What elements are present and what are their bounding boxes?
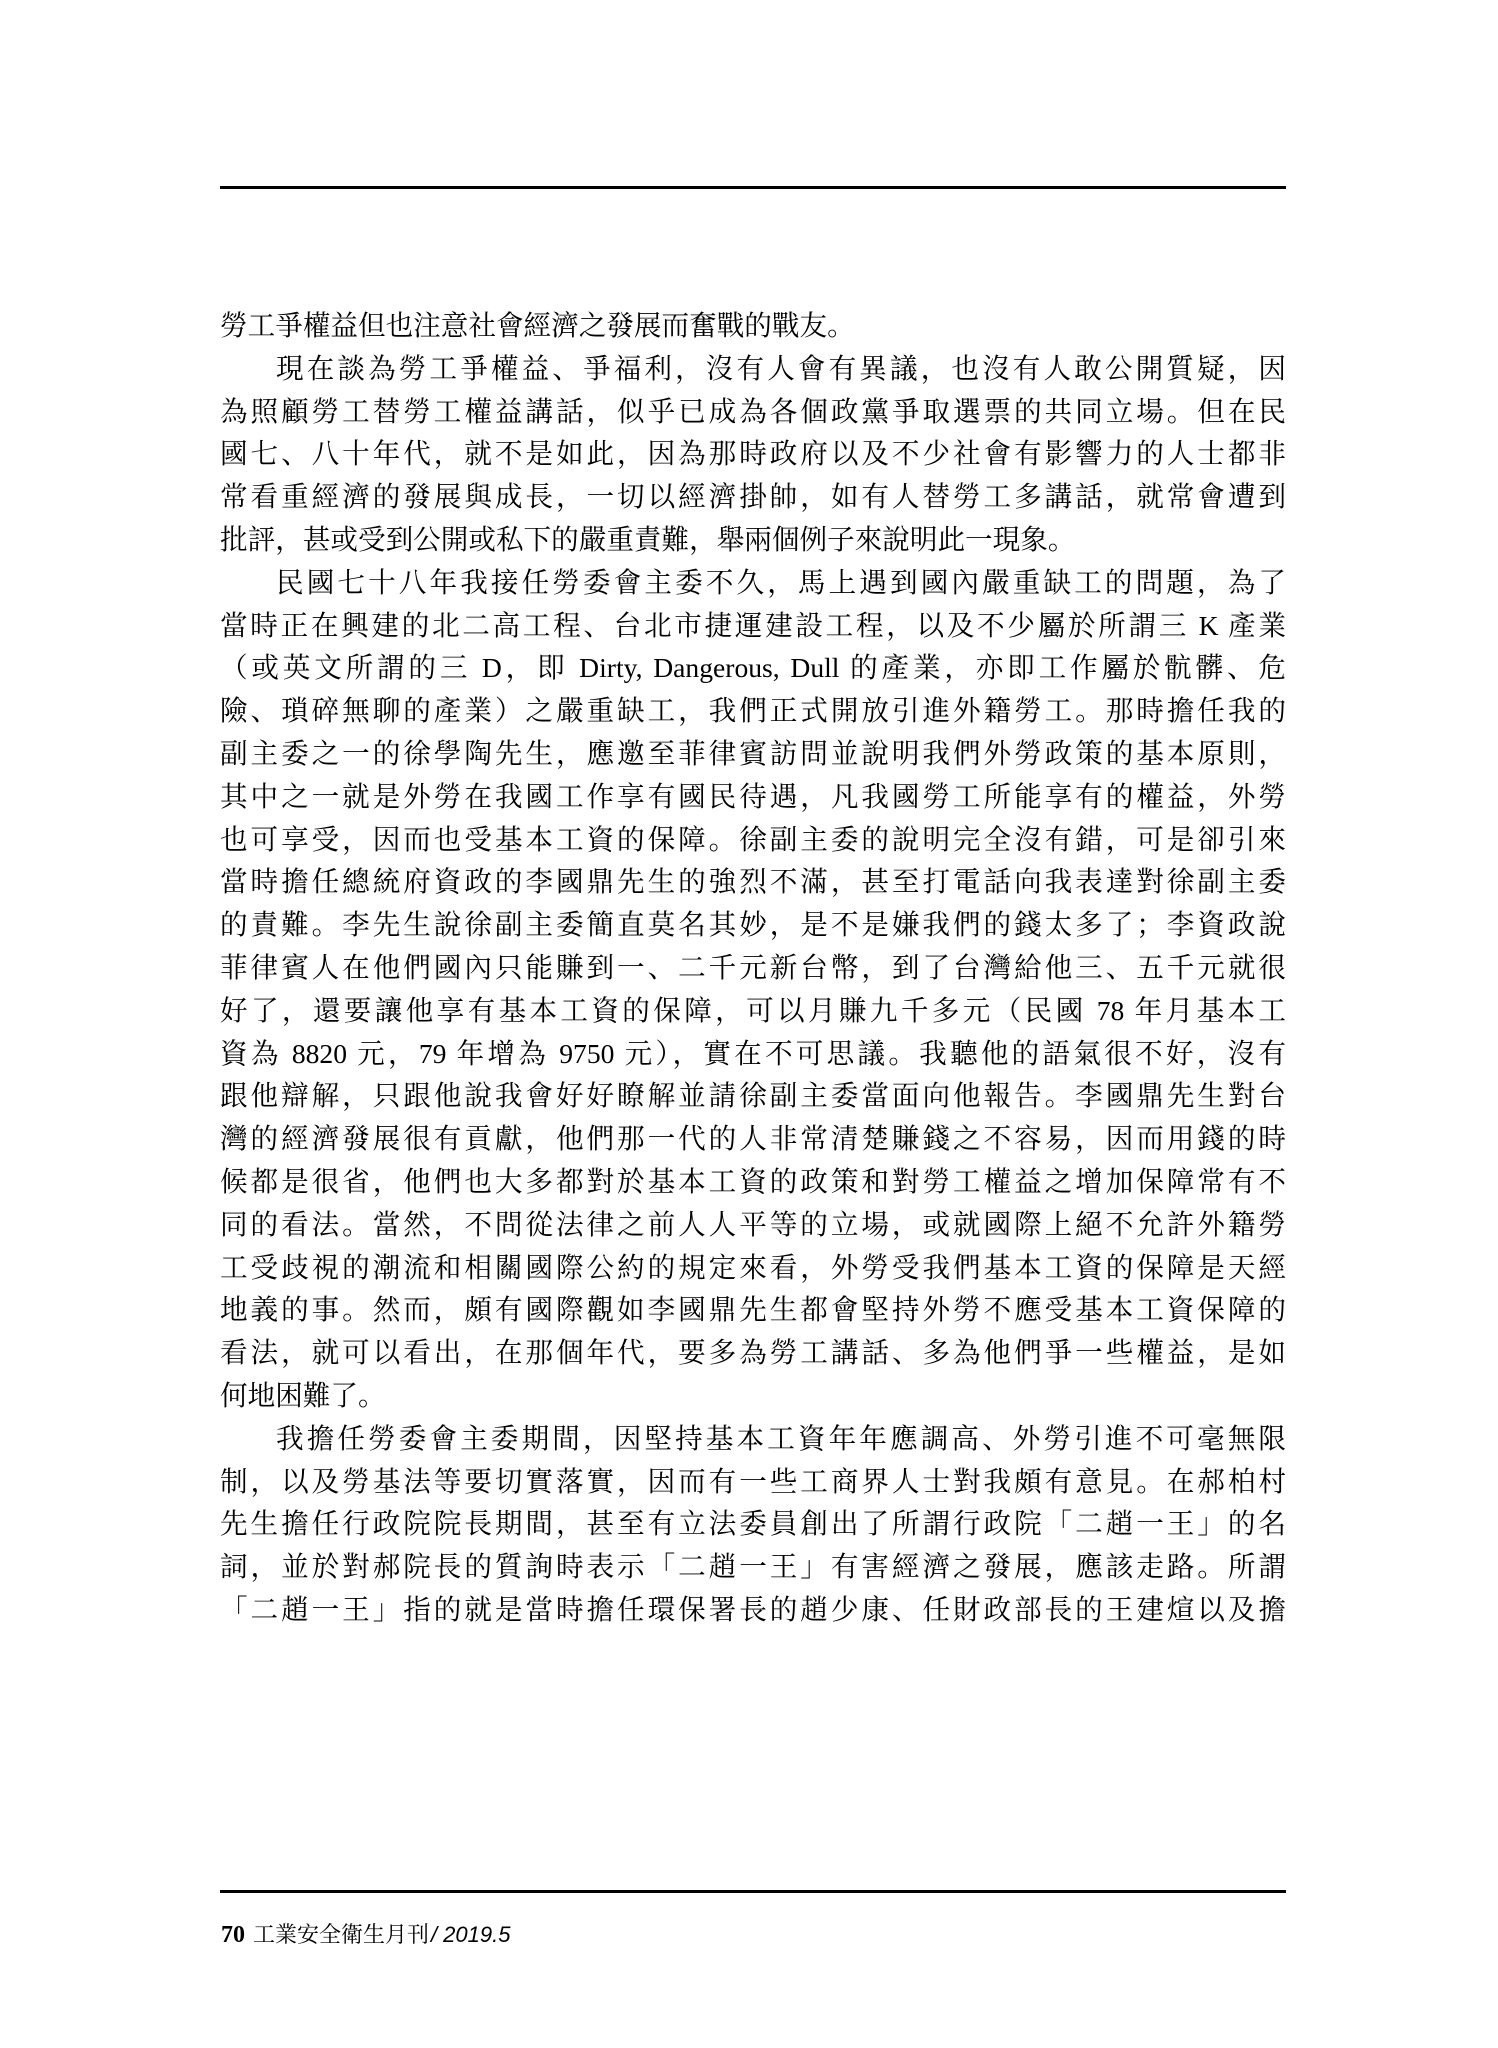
issue-date: 2019.5 (443, 1922, 510, 1948)
text-line: 當時正在興建的北二高工程、台北市捷運建設工程，以及不少屬於所謂三 K 產業 (220, 605, 1286, 648)
text-line: 為照顧勞工替勞工權益講話，似乎已成為各個政黨爭取選票的共同立場。但在民 (220, 391, 1286, 434)
text-line: 的責難。李先生說徐副主委簡直莫名其妙，是不是嫌我們的錢太多了；李資政說 (220, 904, 1286, 947)
text-line: 同的看法。當然，不問從法律之前人人平等的立場，或就國際上絕不允許外籍勞 (220, 1204, 1286, 1247)
text-line: 看法，就可以看出，在那個年代，要多為勞工講話、多為他們爭一些權益，是如 (220, 1332, 1286, 1375)
page-number: 70 (221, 1922, 245, 1949)
text-line: 當時擔任總統府資政的李國鼎先生的強烈不滿，甚至打電話向我表達對徐副主委 (220, 861, 1286, 904)
text-line: （或英文所謂的三 D，即 Dirty, Dangerous, Dull 的產業，… (220, 647, 1286, 690)
text-line: 國七、八十年代，就不是如此，因為那時政府以及不少社會有影響力的人士都非 (220, 433, 1286, 476)
text-line: 勞工爭權益但也注意社會經濟之發展而奮戰的戰友。 (220, 305, 1286, 348)
paragraph-first-line: 民國七十八年我接任勞委會主委不久，馬上遇到國內嚴重缺工的問題，為了 (220, 562, 1286, 605)
text-line: 「二趙一王」指的就是當時擔任環保署長的趙少康、任財政部長的王建煊以及擔 (220, 1589, 1286, 1632)
text-line: 灣的經濟發展很有貢獻，他們那一代的人非常清楚賺錢之不容易，因而用錢的時 (220, 1118, 1286, 1161)
text-line: 其中之一就是外勞在我國工作享有國民待遇，凡我國勞工所能享有的權益，外勞 (220, 776, 1286, 819)
text-line: 常看重經濟的發展與成長，一切以經濟掛帥，如有人替勞工多講話，就常會遭到 (220, 476, 1286, 519)
article-body: 勞工爭權益但也注意社會經濟之發展而奮戰的戰友。現在談為勞工爭權益、爭福利，沒有人… (220, 305, 1286, 1632)
text-line: 也可享受，因而也受基本工資的保障。徐副主委的說明完全沒有錯，可是卻引來 (220, 819, 1286, 862)
text-line: 制，以及勞基法等要切實落實，因而有一些工商界人士對我頗有意見。在郝柏村 (220, 1461, 1286, 1504)
paragraph-first-line: 現在談為勞工爭權益、爭福利，沒有人會有異議，也沒有人敢公開質疑，因 (220, 348, 1286, 391)
page-footer: 70 工業安全衛生月刊 / 2019.5 (221, 1918, 510, 1949)
text-line: 跟他辯解，只跟他說我會好好瞭解並請徐副主委當面向他報告。李國鼎先生對台 (220, 1075, 1286, 1118)
text-line: 險、瑣碎無聊的產業）之嚴重缺工，我們正式開放引進外籍勞工。那時擔任我的 (220, 690, 1286, 733)
footer-rule (220, 1890, 1286, 1893)
text-line: 地義的事。然而，頗有國際觀如李國鼎先生都會堅持外勞不應受基本工資保障的 (220, 1289, 1286, 1332)
header-rule (220, 186, 1286, 189)
text-line: 工受歧視的潮流和相關國際公約的規定來看，外勞受我們基本工資的保障是天經 (220, 1247, 1286, 1290)
text-line: 詞，並於對郝院長的質詢時表示「二趙一王」有害經濟之發展，應該走路。所謂 (220, 1546, 1286, 1589)
paragraph-first-line: 我擔任勞委會主委期間，因堅持基本工資年年應調高、外勞引進不可毫無限 (220, 1418, 1286, 1461)
text-line: 批評，甚或受到公開或私下的嚴重責難，舉兩個例子來說明此一現象。 (220, 519, 1286, 562)
text-line: 先生擔任行政院院長期間，甚至有立法委員創出了所謂行政院「二趙一王」的名 (220, 1503, 1286, 1546)
text-line: 候都是很省，他們也大多都對於基本工資的政策和對勞工權益之增加保障常有不 (220, 1161, 1286, 1204)
journal-name: 工業安全衛生月刊 (253, 1918, 429, 1949)
text-line: 好了，還要讓他享有基本工資的保障，可以月賺九千多元（民國 78 年月基本工 (220, 990, 1286, 1033)
footer-separator: / (431, 1922, 437, 1948)
text-line: 資為 8820 元，79 年增為 9750 元），實在不可思議。我聽他的語氣很不… (220, 1033, 1286, 1076)
text-line: 副主委之一的徐學陶先生，應邀至菲律賓訪問並說明我們外勞政策的基本原則， (220, 733, 1286, 776)
text-line: 菲律賓人在他們國內只能賺到一、二千元新台幣，到了台灣給他三、五千元就很 (220, 947, 1286, 990)
text-line: 何地困難了。 (220, 1375, 1286, 1418)
